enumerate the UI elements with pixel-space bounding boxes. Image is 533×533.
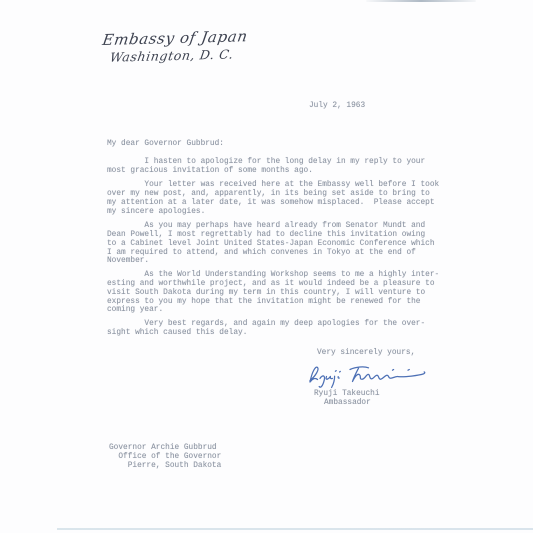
paragraph-1: I hasten to apologize for the long delay… bbox=[107, 158, 425, 176]
letter-page: Embassy of Japan Washington, D. C. July … bbox=[0, 0, 533, 533]
paragraph-4: As the World Understanding Workshop seem… bbox=[107, 271, 439, 315]
paper-bottom-edge bbox=[57, 528, 533, 530]
letterhead-line2: Washington, D. C. bbox=[109, 46, 246, 65]
date-line: July 2, 1963 bbox=[309, 102, 365, 111]
paragraph-5: Very best regards, and again my deep apo… bbox=[107, 320, 425, 338]
signer-title: Ambassador bbox=[324, 399, 371, 408]
paper-top-edge bbox=[366, 0, 476, 2]
salutation: My dear Governor Gubbrud: bbox=[107, 140, 224, 149]
paragraph-3: As you may perhaps have heard already fr… bbox=[107, 222, 435, 266]
paragraph-2: Your letter was received here at the Emb… bbox=[107, 181, 439, 216]
recipient-address: Governor Archie Gubbrud Office of the Go… bbox=[109, 444, 221, 471]
signer-name: Ryuji Takeuchi bbox=[314, 390, 380, 399]
letterhead: Embassy of Japan Washington, D. C. bbox=[99, 27, 249, 65]
